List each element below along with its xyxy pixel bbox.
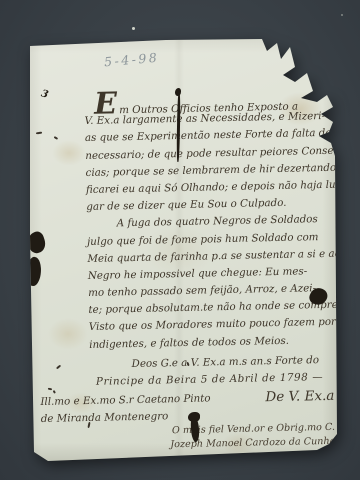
paper-stain — [52, 140, 86, 166]
dust-speck — [341, 14, 343, 16]
paper-wrapper: 5-4-98 Em Outros Officios tenho Exposto … — [26, 36, 338, 464]
valediction: De V. Ex.a — [265, 388, 334, 407]
addressee-line: Ill.mo e Ex.mo S.r Caetano Pinto — [40, 391, 211, 411]
letter-closing: Deos G.e a V. Ex.a m.s an.s Forte do Pri… — [89, 352, 338, 392]
ink-blot — [188, 412, 200, 422]
photo-background: 5-4-98 Em Outros Officios tenho Exposto … — [0, 0, 360, 480]
dust-speck — [132, 27, 135, 30]
letter-text-block: Em Outros Officios tenho Exposto a V. Ex… — [84, 91, 339, 454]
dateline: Principe da Beira 5 de Abril de 1798 — — [96, 369, 338, 391]
letter-paper: 5-4-98 Em Outros Officios tenho Exposto … — [26, 36, 338, 464]
paper-stain — [48, 318, 88, 350]
